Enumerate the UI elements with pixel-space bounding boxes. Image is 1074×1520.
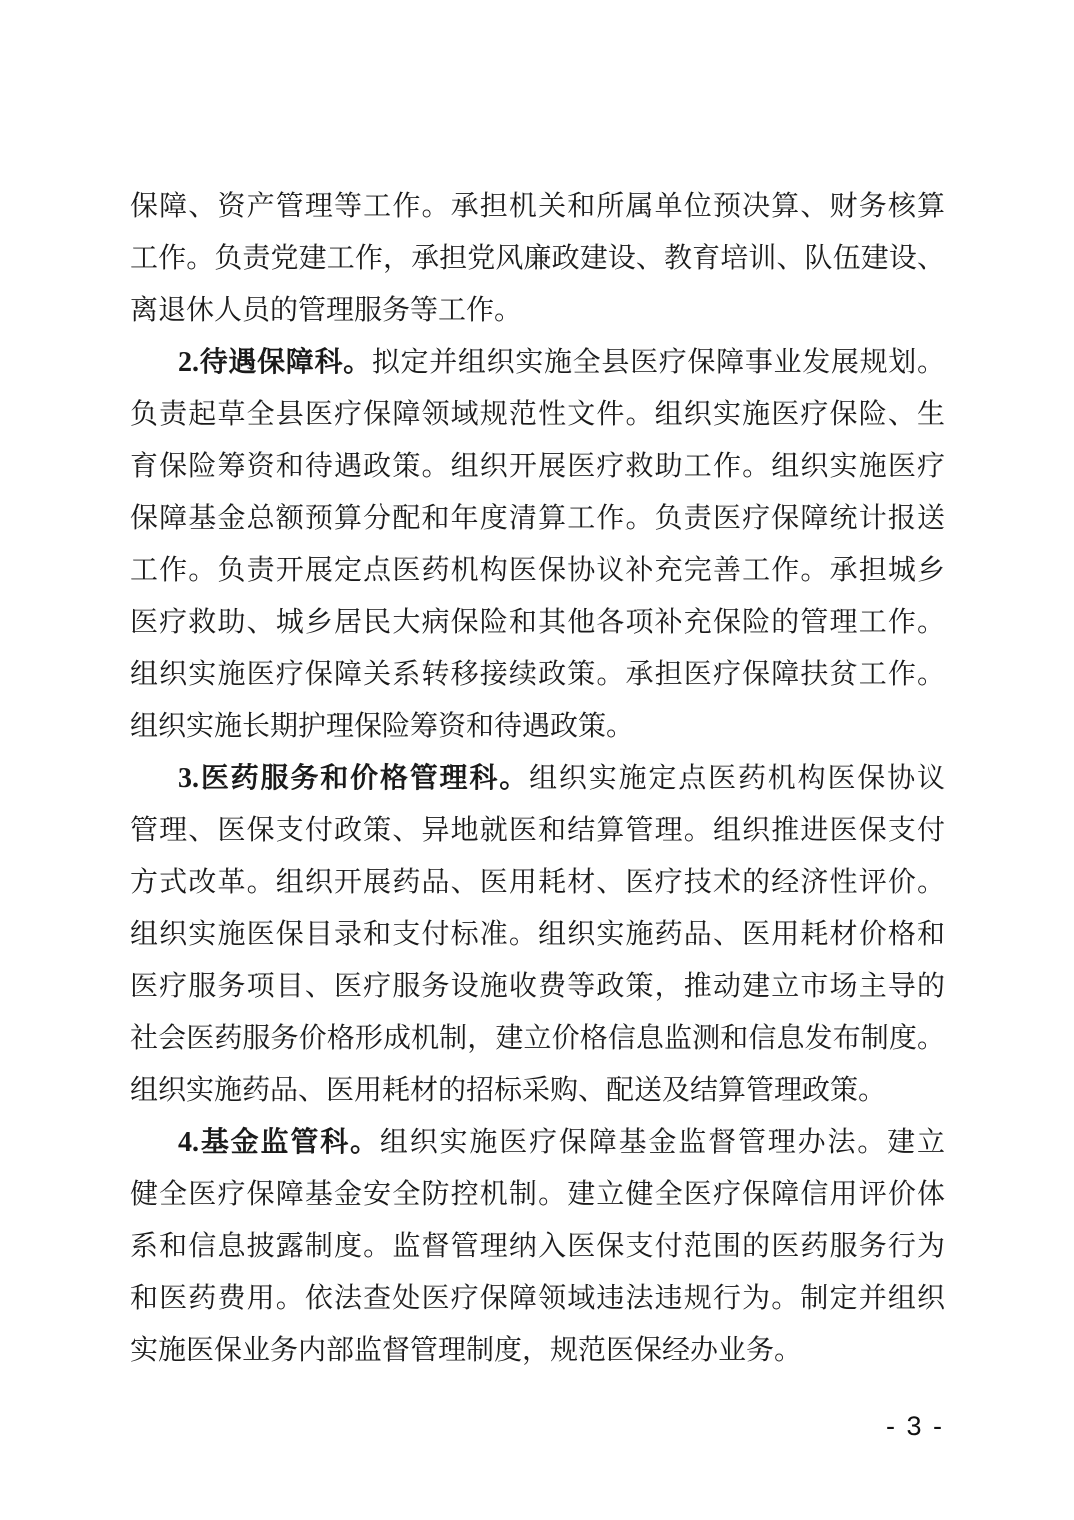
text-segment: 组织实施药品、医用耗材的招标采购、配送及结算管理政策。 [130, 1075, 886, 1106]
text-line: 和医药费用。依法查处医疗保障领域违法违规行为。制定并组织 [130, 1273, 945, 1325]
document-body: 保障、资产管理等工作。承担机关和所属单位预决算、财务核算工作。负责党建工作，承担… [130, 181, 945, 1377]
text-line: 工作。负责党建工作，承担党风廉政建设、教育培训、队伍建设、 [130, 233, 945, 285]
text-line: 实施医保业务内部监督管理制度，规范医保经办业务。 [130, 1325, 945, 1377]
text-line: 2.待遇保障科。拟定并组织实施全县医疗保障事业发展规划。 [130, 337, 945, 389]
text-segment: 医疗救助、城乡居民大病保险和其他各项补充保险的管理工作。 [130, 607, 945, 638]
section-heading: 2.待遇保障科。 [178, 347, 372, 378]
text-segment: 健全医疗保障基金安全防控机制。建立健全医疗保障信用评价体 [130, 1179, 945, 1210]
text-segment: 育保险筹资和待遇政策。组织开展医疗救助工作。组织实施医疗 [130, 451, 945, 482]
page-number: - 3 - [886, 1406, 944, 1446]
text-line: 离退休人员的管理服务等工作。 [130, 285, 945, 337]
text-segment: 管理、医保支付政策、异地就医和结算管理。组织推进医保支付 [130, 815, 945, 846]
text-segment: 组织实施长期护理保险筹资和待遇政策。 [130, 711, 634, 742]
text-line: 系和信息披露制度。监督管理纳入医保支付范围的医药服务行为 [130, 1221, 945, 1273]
text-line: 4.基金监管科。组织实施医疗保障基金监督管理办法。建立 [130, 1117, 945, 1169]
text-line: 组织实施医疗保障关系转移接续政策。承担医疗保障扶贫工作。 [130, 649, 945, 701]
text-line: 社会医药服务价格形成机制，建立价格信息监测和信息发布制度。 [130, 1013, 945, 1065]
section-heading: 4.基金监管科。 [178, 1127, 380, 1158]
text-segment: 离退休人员的管理服务等工作。 [130, 295, 522, 326]
text-segment: 组织实施医疗保障关系转移接续政策。承担医疗保障扶贫工作。 [130, 659, 945, 690]
text-line: 育保险筹资和待遇政策。组织开展医疗救助工作。组织实施医疗 [130, 441, 945, 493]
text-line: 管理、医保支付政策、异地就医和结算管理。组织推进医保支付 [130, 805, 945, 857]
text-segment: 工作。负责党建工作，承担党风廉政建设、教育培训、队伍建设、 [130, 243, 945, 274]
text-segment: 组织实施医保目录和支付标准。组织实施药品、医用耗材价格和 [130, 919, 945, 950]
text-line: 3.医药服务和价格管理科。组织实施定点医药机构医保协议 [130, 753, 945, 805]
text-line: 保障、资产管理等工作。承担机关和所属单位预决算、财务核算 [130, 181, 945, 233]
text-segment: 方式改革。组织开展药品、医用耗材、医疗技术的经济性评价。 [130, 867, 945, 898]
text-line: 组织实施医保目录和支付标准。组织实施药品、医用耗材价格和 [130, 909, 945, 961]
text-segment: 保障基金总额预算分配和年度清算工作。负责医疗保障统计报送 [130, 503, 945, 534]
text-segment: 实施医保业务内部监督管理制度，规范医保经办业务。 [130, 1335, 802, 1366]
text-line: 医疗救助、城乡居民大病保险和其他各项补充保险的管理工作。 [130, 597, 945, 649]
text-line: 工作。负责开展定点医药机构医保协议补充完善工作。承担城乡 [130, 545, 945, 597]
text-line: 负责起草全县医疗保障领域规范性文件。组织实施医疗保险、生 [130, 389, 945, 441]
text-line: 组织实施药品、医用耗材的招标采购、配送及结算管理政策。 [130, 1065, 945, 1117]
section-heading: 3.医药服务和价格管理科。 [178, 763, 529, 794]
text-line: 保障基金总额预算分配和年度清算工作。负责医疗保障统计报送 [130, 493, 945, 545]
text-segment: 组织实施医疗保障基金监督管理办法。建立 [380, 1127, 945, 1158]
text-line: 医疗服务项目、医疗服务设施收费等政策，推动建立市场主导的 [130, 961, 945, 1013]
text-segment: 组织实施定点医药机构医保协议 [529, 763, 945, 794]
text-segment: 系和信息披露制度。监督管理纳入医保支付范围的医药服务行为 [130, 1231, 945, 1262]
text-segment: 保障、资产管理等工作。承担机关和所属单位预决算、财务核算 [130, 191, 945, 222]
text-segment: 和医药费用。依法查处医疗保障领域违法违规行为。制定并组织 [130, 1283, 945, 1314]
text-segment: 医疗服务项目、医疗服务设施收费等政策，推动建立市场主导的 [130, 971, 945, 1002]
text-segment: 工作。负责开展定点医药机构医保协议补充完善工作。承担城乡 [130, 555, 945, 586]
text-line: 组织实施长期护理保险筹资和待遇政策。 [130, 701, 945, 753]
text-line: 健全医疗保障基金安全防控机制。建立健全医疗保障信用评价体 [130, 1169, 945, 1221]
text-line: 方式改革。组织开展药品、医用耗材、医疗技术的经济性评价。 [130, 857, 945, 909]
text-segment: 社会医药服务价格形成机制，建立价格信息监测和信息发布制度。 [130, 1023, 945, 1054]
text-segment: 拟定并组织实施全县医疗保障事业发展规划。 [372, 347, 945, 378]
text-segment: 负责起草全县医疗保障领域规范性文件。组织实施医疗保险、生 [130, 399, 945, 430]
document-page: 保障、资产管理等工作。承担机关和所属单位预决算、财务核算工作。负责党建工作，承担… [0, 0, 1074, 1520]
